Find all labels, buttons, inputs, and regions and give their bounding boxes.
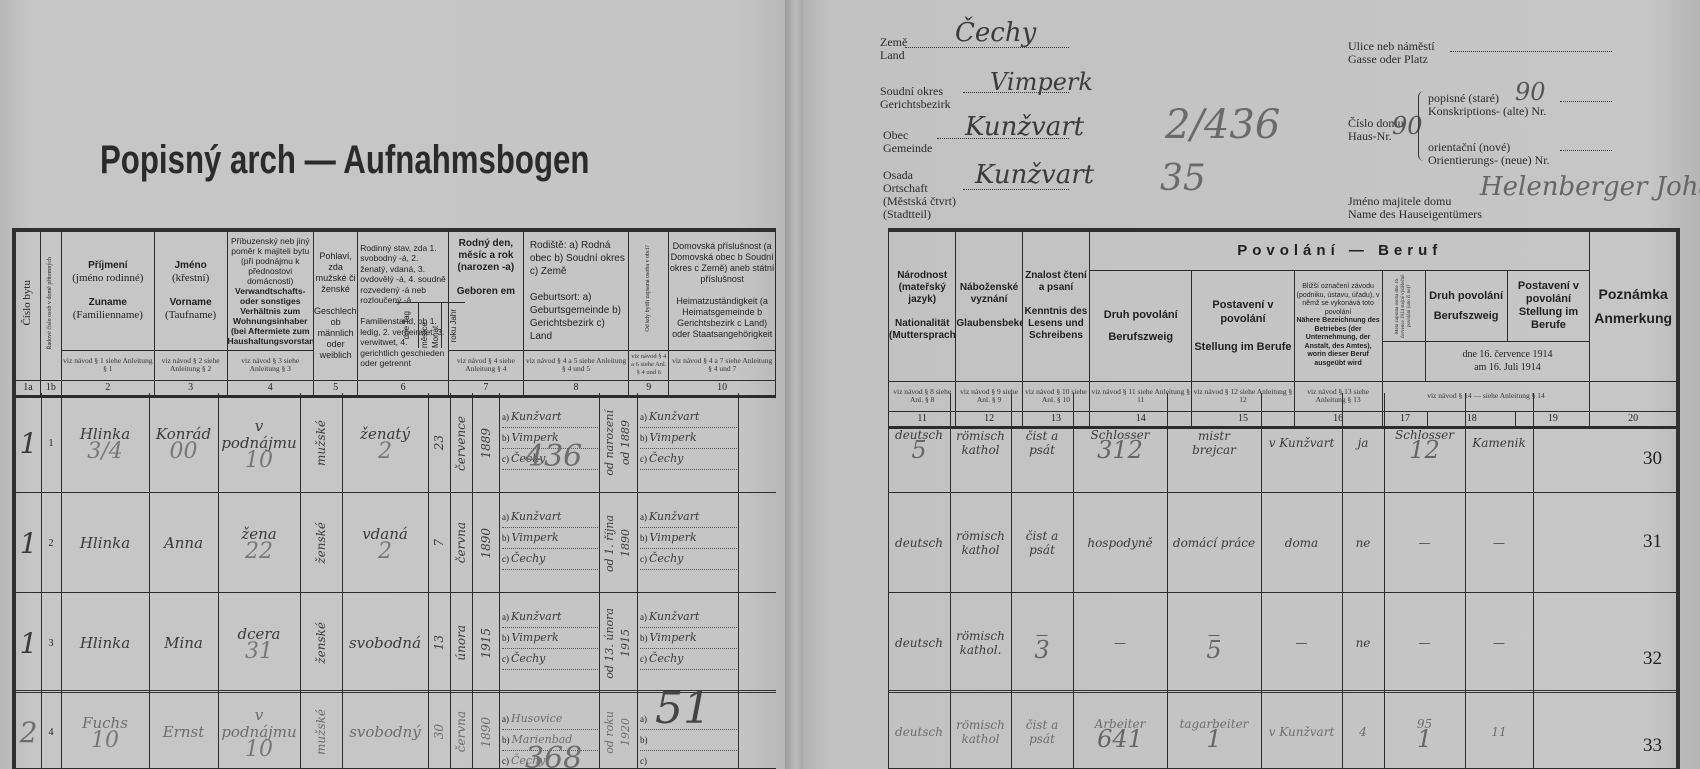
position-1914-cell: — (1465, 493, 1533, 593)
position-1914-cell: Kamenik (1465, 393, 1533, 493)
birthplace-cell: a)Kunžvart b)Vimperk c)Čechy (499, 507, 602, 570)
literacy-cell: —3 (1011, 593, 1073, 693)
position-1914-cell: — (1465, 593, 1533, 693)
census-table-left: Číslo bytu Řadové číslo osob v domě přít… (12, 228, 776, 398)
person-number: 3 (41, 593, 61, 693)
col-9-header: Od kdy bydlí zapsaná osoba v obci? (629, 230, 669, 350)
new-number-label: orientační (nové)Orientierungs- (neue) N… (1428, 141, 1550, 167)
occupation-cell: hospodyně (1073, 493, 1167, 593)
home-note: 51 (655, 700, 711, 717)
remark-number: 31 (1643, 531, 1662, 553)
col-8-header: Rodiště: a) Rodná obec b) Soudní okres c… (523, 230, 628, 350)
col-7-ref: viz návod § 4 siehe Anleitung § 4 (448, 350, 523, 380)
had-job-1914-cell: 4 (1342, 695, 1384, 769)
nationality-cell: deutsch5 (888, 393, 950, 493)
birth-year-cell: 1915 (472, 593, 499, 693)
religion-cell: römisch kathol (950, 695, 1011, 769)
birth-day-cell: 23 (428, 393, 450, 493)
home-municipality-cell: a)Kunžvart b)Vimperk c)Čechy (637, 507, 741, 570)
column-divider (41, 393, 42, 769)
col-2-ref: viz návod § 1 siehe Anleitung § 1 (61, 350, 154, 380)
table-left-edge (12, 228, 16, 769)
position-cell: —5 (1167, 593, 1261, 693)
residence-since-cell: od 13. února1915 (599, 593, 637, 693)
col-17-header: Měla zapsaná osoba dne 16. července 1914… (1395, 271, 1413, 341)
new-number-field-line (1560, 150, 1612, 151)
residence-since-cell: od narozeníod 1889 (599, 393, 637, 493)
given-name-cell: Mina (149, 593, 218, 693)
religion-cell: römisch kathol (950, 393, 1011, 493)
sex-cell: ženské (300, 493, 342, 593)
marital-status-cell: svobodný (342, 695, 428, 769)
person-number: 2 (41, 493, 61, 593)
given-name-cell: Anna (149, 493, 218, 593)
residence-since-cell: od 1. října1890 (599, 493, 637, 593)
col-16-header: Bližší označení závodu (podniku, ústavu,… (1294, 270, 1382, 381)
col-20-header: PoznámkaAnmerkung (1590, 230, 1678, 381)
column-divider (1261, 393, 1262, 769)
remark-number: 30 (1643, 448, 1662, 470)
col-3-ref: viz návod § 2 siehe Anleitung § 2 (154, 350, 227, 380)
old-number-field-line (1560, 101, 1612, 102)
reference-mark-2: 35 (1160, 158, 1206, 199)
column-divider (450, 393, 451, 769)
apartment-number: 1 (16, 593, 41, 693)
surname-cell: Hlinka (61, 493, 149, 593)
surname-cell: Hlinka3/4 (61, 393, 149, 493)
establishment-cell: doma (1261, 493, 1342, 593)
land-label: ZeměLand (880, 36, 907, 62)
column-divider (1533, 393, 1534, 769)
position-cell: tagarbeiter1 (1167, 695, 1261, 769)
sex-cell: mužské (300, 393, 342, 493)
col-8-ref: viz návod § 4 a 5 siehe Anleitung § 4 un… (523, 350, 628, 380)
birth-day-cell: 13 (428, 593, 450, 693)
column-divider (342, 393, 343, 769)
relation-cell: žena22 (218, 493, 300, 593)
settlement-label: OsadaOrtschaft(Městská čtvrt)(Stadtteil) (883, 169, 956, 221)
district-label: Soudní okresGerichtsbezirk (880, 85, 951, 111)
col-13-header: Znalost čtení a psaníKenntnis des Lesens… (1022, 230, 1089, 381)
remark-number: 33 (1643, 735, 1662, 757)
date-1914-note: dne 16. července 1914am 16. Juli 1914 (1425, 342, 1590, 381)
position-1914-cell: 11 (1465, 695, 1533, 769)
col-18-header: Druh povoláníBerufszweig (1426, 271, 1508, 341)
occupation-1914-cell: — (1384, 593, 1465, 693)
birth-year-cell: 1890 (472, 695, 499, 769)
column-divider (1167, 393, 1168, 769)
column-divider (61, 393, 62, 769)
table-right-edge (1676, 228, 1680, 769)
birth-year-cell: 1889 (472, 393, 499, 493)
column-divider (1465, 393, 1466, 769)
home-municipality-cell: a)Kunžvart b)Vimperk c)Čechy (637, 407, 741, 470)
occupation-1914-cell: Schlosser12 (1384, 393, 1465, 493)
old-number-value: 90 (1515, 78, 1546, 106)
apartment-number: 2 (16, 695, 41, 769)
marital-status-cell: ženatý2 (342, 393, 428, 493)
column-divider (599, 393, 600, 769)
relation-cell: v podnájmu10 (218, 393, 300, 493)
position-cell: mistrbrejcar (1167, 393, 1261, 493)
home-municipality-cell: a)Kunžvart b)Vimperk c)Čechy (637, 607, 741, 670)
given-name-cell: Ernst (149, 695, 218, 769)
col-12-header: Náboženské vyznáníGlaubensbekenntnis (956, 230, 1022, 381)
column-divider (499, 393, 500, 769)
settlement-value: Kunžvart (975, 160, 1094, 190)
column-divider (218, 393, 219, 769)
land-value: Čechy (955, 18, 1036, 48)
birthplace-note: 436 (525, 448, 582, 465)
establishment-cell: v Kunžvart (1261, 695, 1342, 769)
marital-status-cell: vdaná2 (342, 493, 428, 593)
apartment-number: 1 (16, 393, 41, 493)
municipality-value: Kunžvart (965, 112, 1084, 142)
relation-cell: dcera31 (218, 593, 300, 693)
position-cell: domácí práce (1167, 493, 1261, 593)
birth-day-cell: 30 (428, 695, 450, 769)
col-9-ref: viz návod § 4 a 6 siehe Anl. § 4 und 6 (629, 350, 669, 380)
birth-month-cell: června (450, 493, 472, 593)
column-divider (472, 393, 473, 769)
house-number-brace (1418, 91, 1427, 161)
col-4-ref: viz návod § 3 siehe Anleitung § 3 (227, 350, 313, 380)
birth-month-cell: února (450, 593, 472, 693)
column-divider (1073, 393, 1074, 769)
literacy-cell: čist a psát (1011, 493, 1073, 593)
religion-cell: römisch kathol (950, 493, 1011, 593)
person-number: 1 (41, 393, 61, 493)
municipality-label: ObecGemeinde (883, 129, 932, 155)
birth-month-cell: července (450, 393, 472, 493)
apartment-number: 1 (16, 493, 41, 593)
surname-cell: Fuchs10 (61, 695, 149, 769)
establishment-cell: v Kunžvart (1261, 393, 1342, 493)
birthplace-note: 368 (525, 750, 582, 767)
sex-cell: mužské (300, 695, 342, 769)
occupation-cell: Schlosser312 (1073, 393, 1167, 493)
owner-value: Helenberger Johan (1480, 172, 1700, 202)
col-10-header: Domovská příslušnost (a Domovská obec b … (669, 230, 776, 350)
establishment-cell: — (1261, 593, 1342, 693)
birth-year-cell: 1890 (472, 493, 499, 593)
birth-subcolumns: dne Tag měsíce Monat roku Jahr (395, 302, 465, 348)
col-15-header: Postavení v povoláníStellung im Berufe (1192, 270, 1294, 381)
marital-status-cell: svobodná (342, 593, 428, 693)
occupation-1914-cell: — (1384, 493, 1465, 593)
given-name-cell: Konrád00 (149, 393, 218, 493)
col-11-header: Národnost (mateřský jazyk)Nationalität (… (889, 230, 956, 381)
occupation-group-header: Povolání — Beruf (1090, 230, 1590, 270)
column-divider (1011, 393, 1012, 769)
column-divider (1384, 393, 1385, 769)
street-label: Ulice neb náměstíGasse oder Platz (1348, 40, 1435, 66)
col-17-19-header: Měla zapsaná osoba dne 16. července 1914… (1382, 270, 1590, 381)
literacy-cell: čist a psát (1011, 393, 1073, 493)
col-3-header: Jméno(křestní)Vorname(Taufname) (154, 230, 227, 350)
surname-cell: Hlinka (61, 593, 149, 693)
residence-since-cell: od roku1920 (599, 695, 637, 769)
birth-day-cell: 7 (428, 493, 450, 593)
religion-cell: römisch kathol. (950, 593, 1011, 693)
had-job-1914-cell: ne (1342, 593, 1384, 693)
column-divider (637, 393, 638, 769)
nationality-cell: deutsch (888, 493, 950, 593)
reference-mark: 2/436 (1165, 102, 1280, 148)
had-job-1914-cell: ja (1342, 393, 1384, 493)
column-divider (428, 393, 429, 769)
occupation-cell: Arbeiter641 (1073, 695, 1167, 769)
col-2-header: Příjmení(jméno rodinné)Zuname(Familienna… (61, 230, 154, 350)
header-row-top: Národnost (mateřský jazyk)Nationalität (… (889, 230, 1679, 270)
table-left-edge (888, 228, 889, 769)
sex-cell: ženské (300, 593, 342, 693)
occupation-cell: — (1073, 593, 1167, 693)
district-value: Vimperk (990, 68, 1093, 96)
remark-number: 32 (1643, 648, 1662, 670)
col-14-header: Druh povoláníBerufszweig (1090, 270, 1192, 381)
street-field-line (1450, 51, 1612, 52)
book-gutter (785, 0, 803, 769)
occupation-1914-cell: 951 (1384, 695, 1465, 769)
birth-month-cell: června (450, 695, 472, 769)
column-divider (1342, 393, 1343, 769)
col-4-header: Příbuzenský neb jiný poměr k majiteli by… (227, 230, 313, 350)
table-right-edge (738, 393, 739, 769)
col-19-header: Postavení v povoláníStellung im Berufe (1508, 271, 1590, 341)
person-number: 4 (41, 695, 61, 769)
column-divider (300, 393, 301, 769)
col-1a-header: Číslo bytu (14, 230, 40, 380)
col-10-ref: viz návod § 4 a 7 siehe Anleitung § 4 un… (669, 350, 776, 380)
form-title: Popisný arch — Aufnahmsbogen (100, 138, 589, 183)
nationality-cell: deutsch (888, 695, 950, 769)
literacy-cell: čist a psát (1011, 695, 1073, 769)
relation-cell: v podnájmu10 (218, 695, 300, 769)
nationality-cell: deutsch (888, 593, 950, 693)
col-1b-header: Řadové číslo osob v domě přítomných (40, 230, 61, 380)
column-divider (950, 393, 951, 769)
had-job-1914-cell: ne (1342, 493, 1384, 593)
owner-label: Jméno majitele domuName des Hauseigentüm… (1348, 195, 1482, 221)
col-5-header: Pohlaví, zda mužské či ženskéGeschlecht,… (313, 230, 357, 380)
column-divider (149, 393, 150, 769)
birthplace-cell: a)Kunžvart b)Vimperk c)Čechy (499, 607, 602, 670)
